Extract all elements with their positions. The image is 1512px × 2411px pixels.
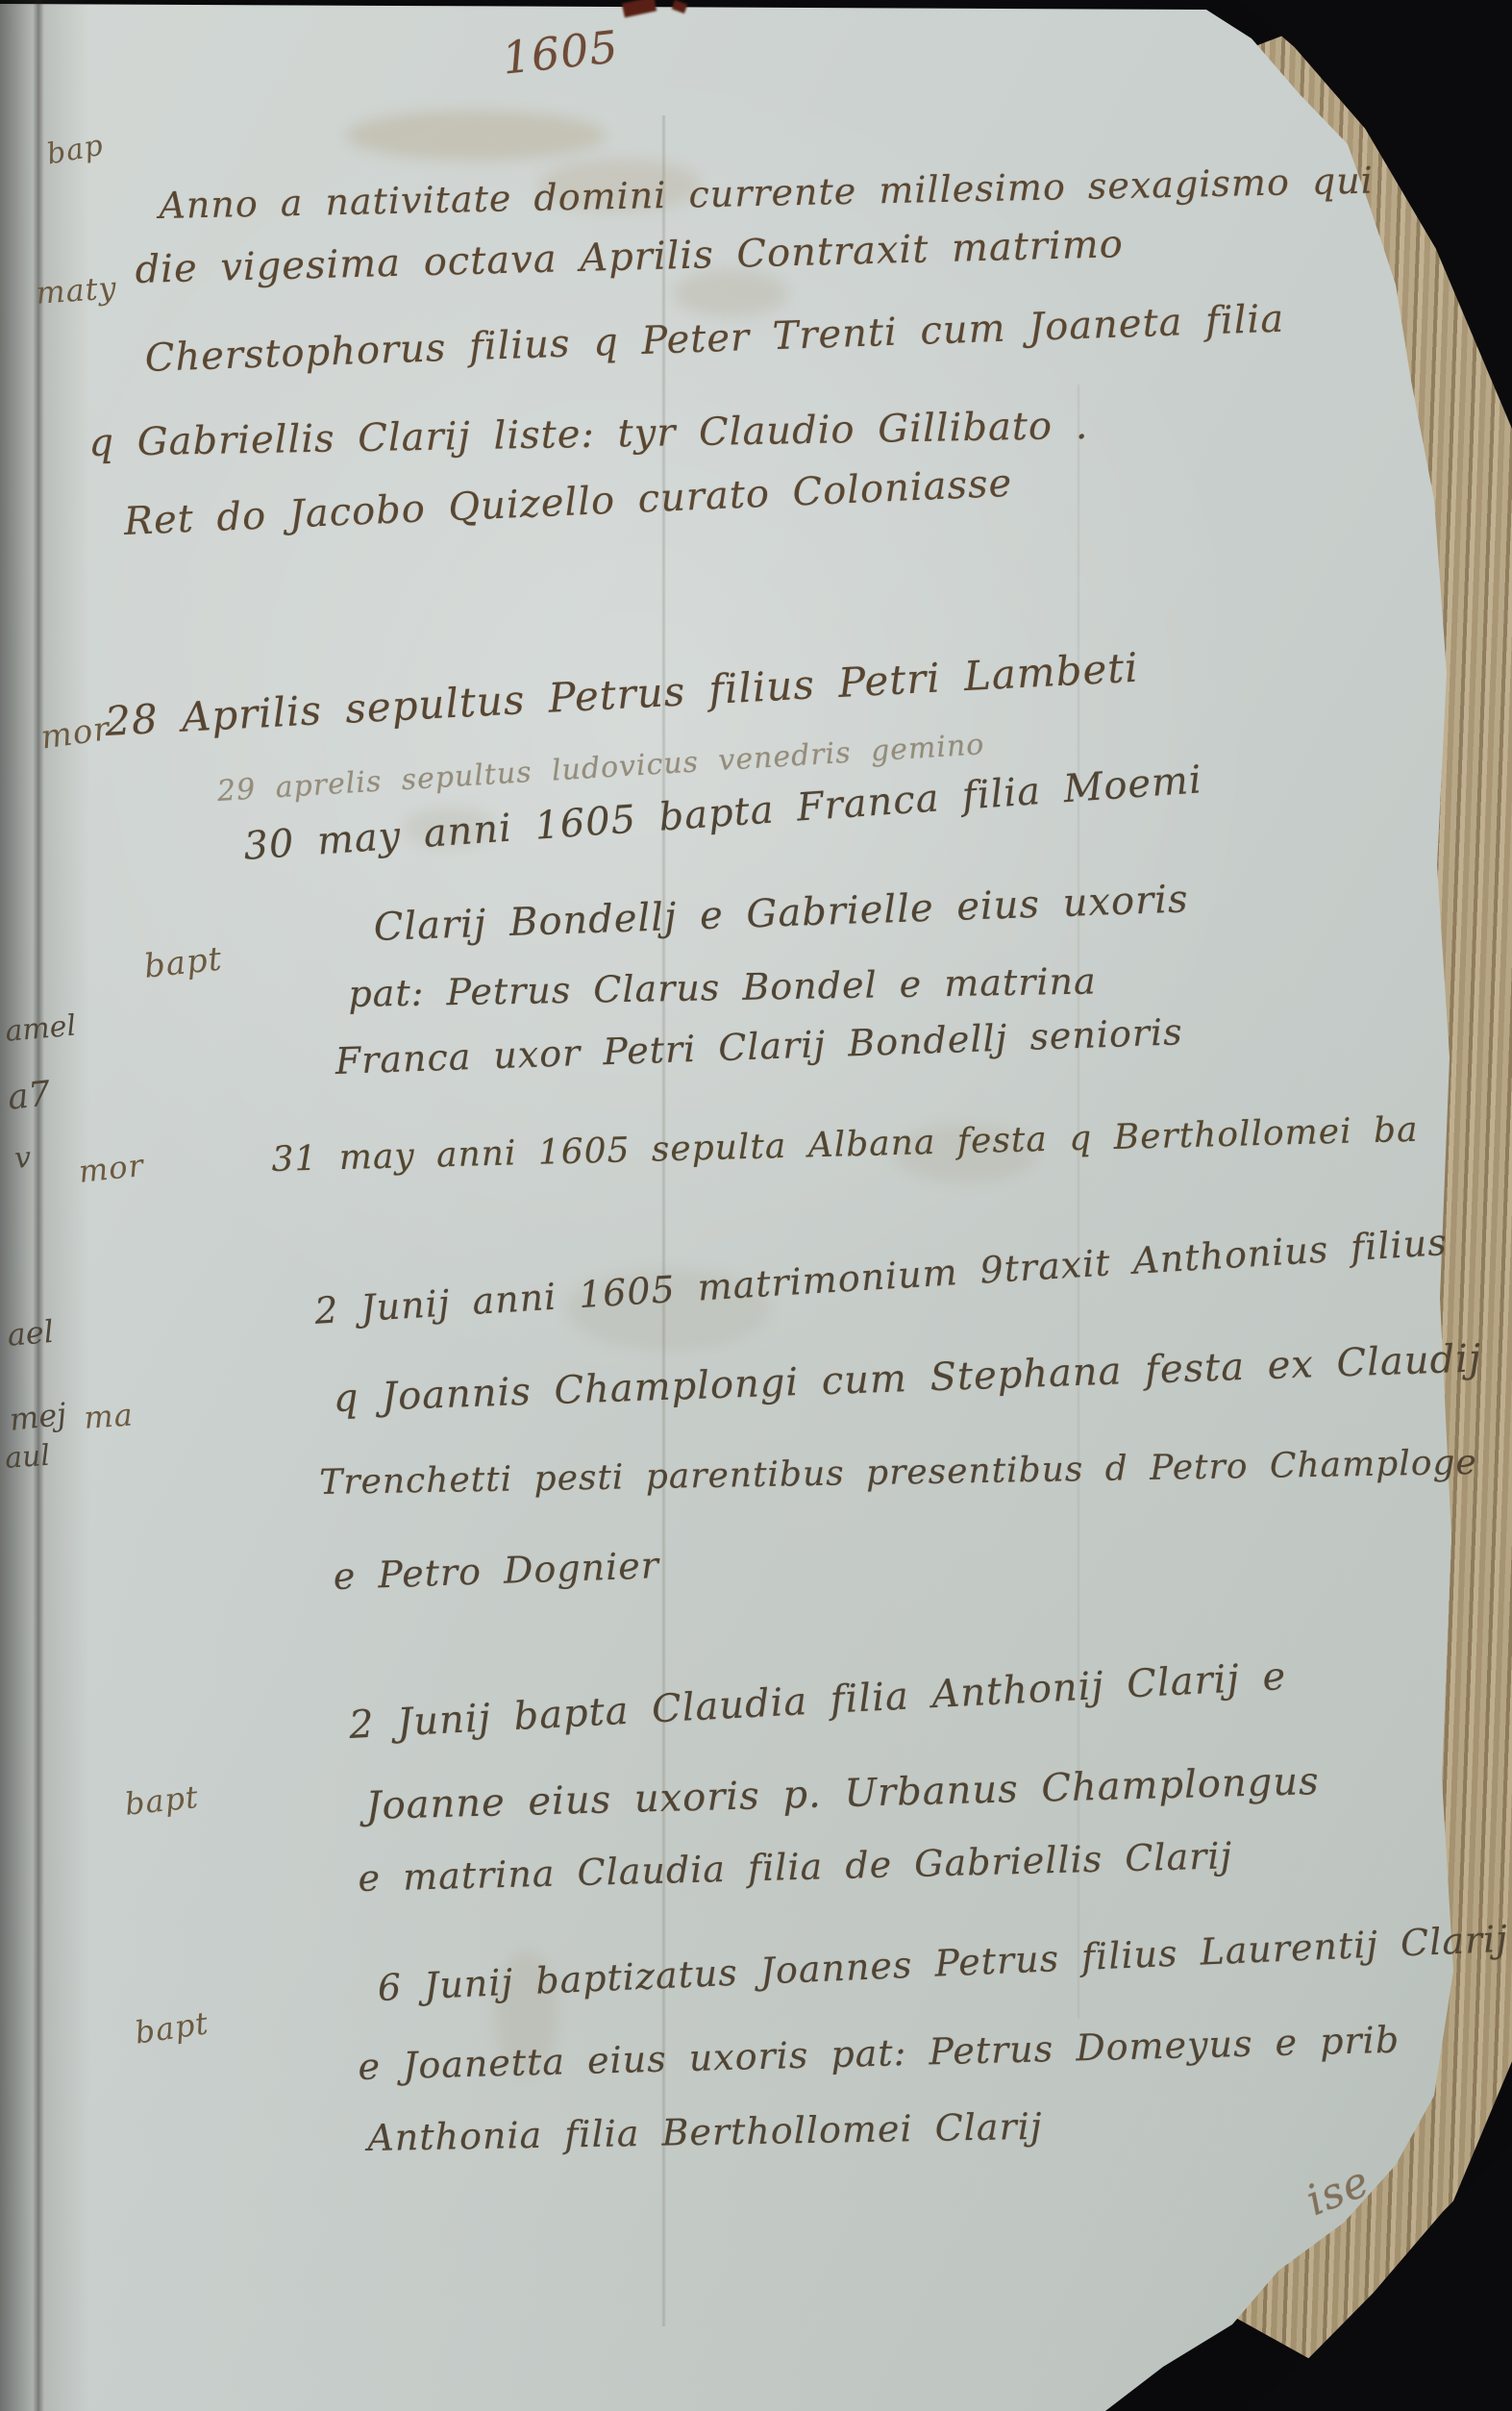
gutter-fragment: mej bbox=[8, 1396, 68, 1438]
margin-note-mor: mor bbox=[77, 1147, 146, 1190]
margin-note-bapt: bapt bbox=[123, 1778, 200, 1823]
margin-note-maty: maty bbox=[35, 269, 118, 311]
margin-note-ma: ma bbox=[83, 1396, 135, 1435]
gutter-fragment: ael bbox=[6, 1313, 55, 1354]
scanned-register-page: 1605 bap maty Anno a nativitate domini c… bbox=[0, 0, 1512, 2411]
margin-note-bapt: bapt bbox=[142, 939, 224, 985]
stain bbox=[346, 111, 606, 161]
gutter-fragment: aul bbox=[4, 1439, 51, 1476]
gutter-fragment: v bbox=[13, 1141, 32, 1176]
gutter-fragment: a7 bbox=[6, 1074, 52, 1117]
gutter-crease bbox=[33, 0, 44, 2411]
binding-gutter-shadow bbox=[0, 0, 106, 2411]
gutter-fragment: amel bbox=[4, 1009, 77, 1049]
